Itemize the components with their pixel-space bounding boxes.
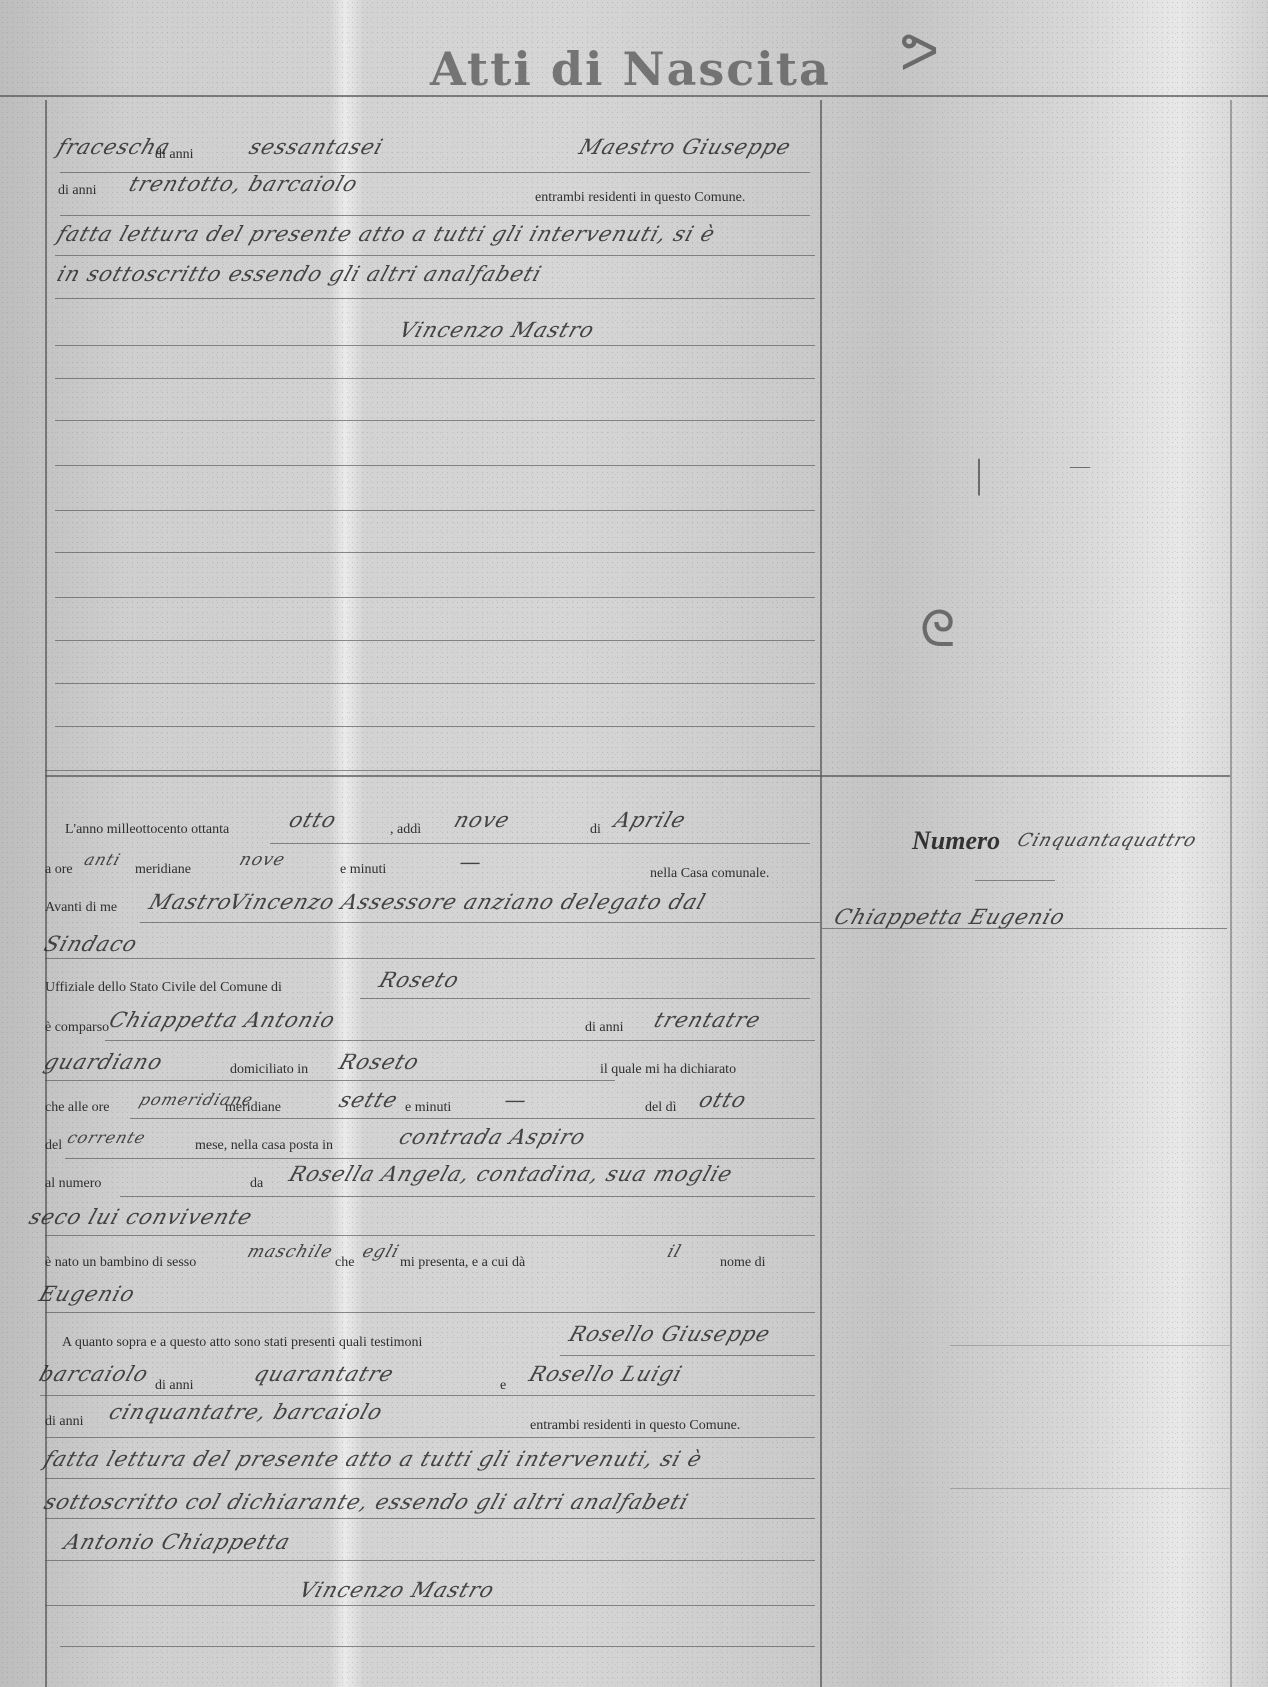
printed-text: meridiane xyxy=(135,862,191,878)
ruled-line xyxy=(560,1355,815,1356)
handwritten-text: quarantatre xyxy=(251,1362,397,1386)
handwritten-text: trentotto, barcaiolo xyxy=(126,172,361,196)
faint-ruled-line xyxy=(950,1345,1230,1346)
ink-dash-mark: — xyxy=(1070,455,1090,478)
record-number-value: Cinquantaquattro xyxy=(1015,830,1200,851)
handwritten-text: Eugenio xyxy=(36,1282,138,1306)
printed-text: domiciliato in xyxy=(230,1062,308,1078)
printed-text: è nato un bambino di sesso xyxy=(45,1255,196,1271)
printed-text: mi presenta, e a cui dà xyxy=(400,1255,525,1271)
printed-text: di xyxy=(590,822,601,838)
handwritten-text: sessantasei xyxy=(246,135,386,159)
right-border xyxy=(1230,100,1232,1687)
printed-text: mese, nella casa posta in xyxy=(195,1138,333,1154)
ruled-line xyxy=(105,1040,815,1041)
handwritten-text: nove xyxy=(237,850,288,870)
handwritten-text: maschile xyxy=(245,1242,336,1262)
ruled-line xyxy=(55,255,815,256)
ruled-line xyxy=(60,215,810,216)
handwritten-text: Roseto xyxy=(376,968,463,992)
ruled-line xyxy=(55,345,815,346)
printed-text: Avanti di me xyxy=(45,900,117,916)
handwritten-text: barcaiolo xyxy=(36,1362,152,1386)
ruled-line xyxy=(975,880,1055,881)
handwritten-text: sottoscritto col dichiarante, essendo gl… xyxy=(41,1490,692,1514)
handwritten-text: contrada Aspiro xyxy=(396,1125,589,1149)
signature: Vincenzo Mastro xyxy=(396,318,598,342)
ruled-line xyxy=(55,640,815,641)
ruled-line xyxy=(822,928,1227,929)
ruled-line xyxy=(40,1395,815,1396)
handwritten-text: Antonio Chiappetta xyxy=(61,1530,294,1554)
printed-text: che alle ore xyxy=(45,1100,110,1116)
printed-text: e minuti xyxy=(340,862,386,878)
handwritten-text: Maestro Giuseppe xyxy=(576,135,794,159)
printed-text: Uffiziale dello Stato Civile del Comune … xyxy=(45,980,282,996)
column-divider xyxy=(820,100,822,1687)
printed-text: e xyxy=(500,1378,506,1394)
ruled-line xyxy=(55,510,815,511)
ruled-line xyxy=(60,1646,815,1647)
ruled-line xyxy=(55,465,815,466)
printed-text: L'anno milleottocento ottanta xyxy=(65,822,229,838)
printed-text: da xyxy=(250,1176,263,1192)
printed-text: del xyxy=(45,1138,62,1154)
printed-text: entrambi residenti in questo Comune. xyxy=(535,190,745,206)
handwritten-text: Rosello Giuseppe xyxy=(566,1322,774,1346)
printed-label: di anni xyxy=(155,147,194,163)
printed-text: A quanto sopra e a questo atto sono stat… xyxy=(62,1335,422,1351)
ruled-line xyxy=(45,1437,815,1438)
handwritten-text: seco lui convivente xyxy=(26,1205,256,1229)
ruled-line xyxy=(140,922,820,923)
handwritten-text: fatta lettura del presente atto a tutti … xyxy=(54,222,719,246)
record-number-label: Numero xyxy=(912,826,1000,856)
handwritten-text: nove xyxy=(451,808,513,832)
printed-text: al numero xyxy=(45,1176,101,1192)
handwritten-text: guardiano xyxy=(41,1050,166,1074)
printed-text: che xyxy=(335,1255,354,1271)
ruled-line xyxy=(360,998,810,999)
ruled-line xyxy=(45,1518,815,1519)
ruled-line xyxy=(130,1118,815,1119)
printed-text: di anni xyxy=(155,1378,194,1394)
ruled-line xyxy=(45,958,815,959)
ruled-line xyxy=(55,552,815,553)
printed-text: , addì xyxy=(390,822,421,838)
printed-text: di anni xyxy=(45,1414,84,1430)
ruled-line xyxy=(45,1560,815,1561)
printed-text: entrambi residenti in questo Comune. xyxy=(530,1418,740,1434)
ruled-line xyxy=(55,726,815,727)
ruled-line xyxy=(55,683,815,684)
handwritten-text: Chiappetta Antonio xyxy=(106,1008,339,1032)
header-rule xyxy=(0,95,1268,97)
handwritten-text: Vincenzo Assessore anziano delegato dal xyxy=(226,890,774,914)
handwritten-text: fatta lettura del presente atto a tutti … xyxy=(41,1447,706,1471)
handwritten-text: Rosello Luigi xyxy=(526,1362,686,1386)
ink-blot-mark: ᘓ xyxy=(920,600,955,659)
ruled-line xyxy=(55,420,815,421)
handwritten-text: Roseto xyxy=(336,1050,423,1074)
handwritten-text: Mastro xyxy=(146,890,236,914)
printed-text: nella Casa comunale. xyxy=(650,866,769,882)
signature: Vincenzo Mastro xyxy=(296,1578,498,1602)
handwritten-text: anti xyxy=(82,850,124,869)
handwritten-text: in sottoscritto essendo gli altri analfa… xyxy=(54,262,545,286)
printed-text: a ore xyxy=(45,862,73,878)
scanned-register-page: Atti di Nascita ᕗ fracescha di anni sess… xyxy=(0,0,1268,1687)
ruled-line xyxy=(45,1312,815,1313)
ruled-line xyxy=(45,1478,815,1479)
handwritten-text: Sindaco xyxy=(41,932,141,956)
handwritten-text: trentatre xyxy=(651,1008,764,1032)
handwritten-text: egli xyxy=(360,1242,402,1262)
printed-text: è comparso xyxy=(45,1020,109,1036)
page-title: Atti di Nascita xyxy=(430,42,831,96)
handwritten-text: cinquantatre, barcaiolo xyxy=(106,1400,386,1424)
left-border xyxy=(45,100,47,1687)
printed-text: e minuti xyxy=(405,1100,451,1116)
ruled-line xyxy=(45,1605,815,1606)
handwritten-text: otto xyxy=(696,1088,750,1112)
section-divider xyxy=(45,775,1230,777)
printed-text: nome di xyxy=(720,1255,766,1271)
printed-text: del dì xyxy=(645,1100,677,1116)
printed-text: meridiane xyxy=(225,1100,281,1116)
printed-text: il quale mi ha dichiarato xyxy=(600,1062,736,1078)
ruled-line xyxy=(45,770,820,771)
ruled-line xyxy=(270,843,810,844)
ruled-line xyxy=(45,1080,615,1081)
margin-child-name: Chiappetta Eugenio xyxy=(831,905,1069,929)
ruled-line xyxy=(55,597,815,598)
printed-text: di anni xyxy=(585,1020,624,1036)
handwritten-text: Aprile xyxy=(611,808,689,832)
handwritten-text: Rosella Angela, contadina, sua moglie xyxy=(286,1162,736,1186)
ink-stroke-mark: ᕗ xyxy=(900,20,939,83)
faint-ruled-line xyxy=(950,1488,1230,1489)
ruled-line xyxy=(65,1158,815,1159)
ruled-line xyxy=(120,1196,815,1197)
ruled-line xyxy=(55,298,815,299)
handwritten-text: sette xyxy=(336,1088,401,1112)
ruled-line xyxy=(55,378,815,379)
ruled-line xyxy=(45,1235,815,1236)
ink-tick-mark: | xyxy=(975,450,983,497)
handwritten-text: corrente xyxy=(65,1128,149,1147)
handwritten-text: otto xyxy=(286,808,340,832)
printed-label: di anni xyxy=(58,183,97,199)
